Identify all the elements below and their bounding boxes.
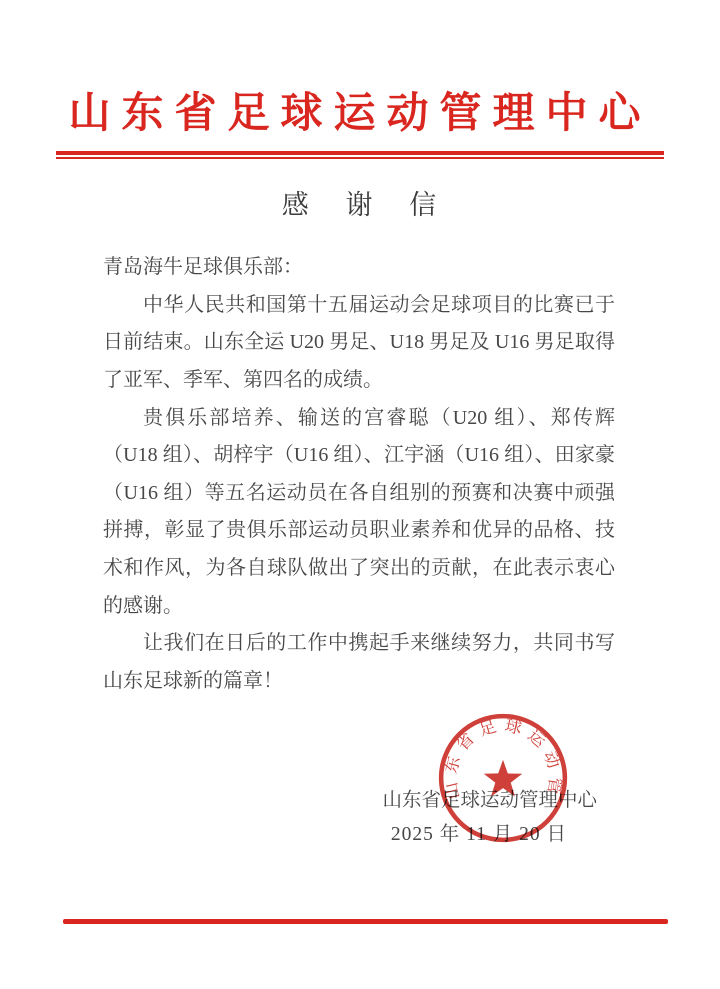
letter-body: 青岛海牛足球俱乐部： 中华人民共和国第十五届运动会足球项目的比赛已于日前结束。山… [103,249,615,700]
letter-paragraph: 让我们在日后的工作中携起手来继续努力，共同书写山东足球新的篇章！ [103,625,615,700]
official-seal-stamp: 山东省足球运动管理中心 [432,707,574,849]
seal-star-icon [484,760,523,797]
footer-rule [63,919,668,924]
signature-date: 2025 年 11 月 20 日 [0,818,720,851]
letter-salutation: 青岛海牛足球俱乐部： [103,249,615,287]
signature-block: 山东省足球运动管理中心 2025 年 11 月 20 日 [0,784,720,851]
letter-title: 感 谢 信 [0,183,720,222]
letter-paragraph: 贵俱乐部培养、输送的宫睿聪（U20 组）、郑传辉（U18 组）、胡梓宇（U16 … [103,400,615,626]
letter-paragraph: 中华人民共和国第十五届运动会足球项目的比赛已于日前结束。山东全运 U20 男足、… [103,287,615,400]
letterhead-org-name: 山东省足球运动管理中心 [0,0,720,138]
letterhead-rule-thick [56,151,664,155]
letter-page: 山东省足球运动管理中心 感 谢 信 青岛海牛足球俱乐部： 中华人民共和国第十五届… [0,0,720,989]
letterhead-double-rule [56,151,664,159]
letterhead-rule-thin [56,157,664,159]
signature-org-name: 山东省足球运动管理中心 [0,784,720,817]
